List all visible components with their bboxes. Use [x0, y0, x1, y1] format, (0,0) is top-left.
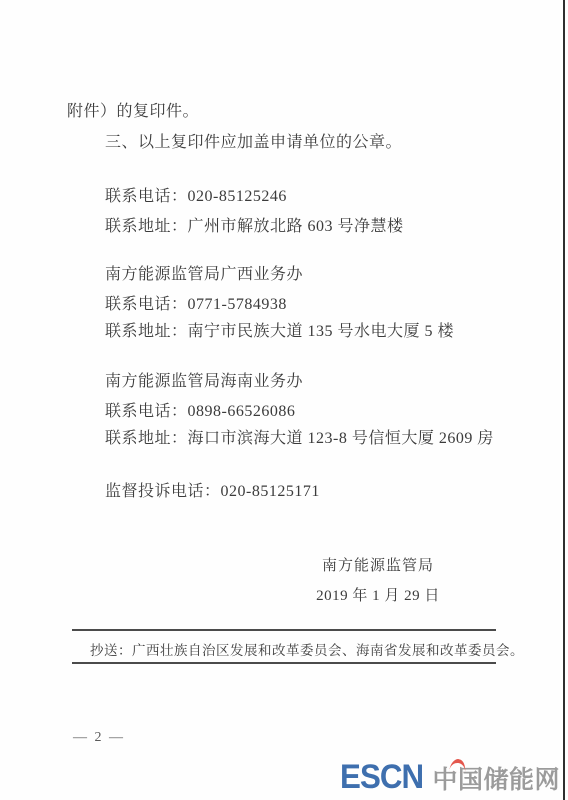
hainan-office-title: 南方能源监管局海南业务办	[105, 373, 303, 391]
paragraph-item3: 三、以上复印件应加盖申请单位的公章。	[105, 134, 402, 152]
cc-rule-top	[72, 629, 496, 631]
complaint-phone: 监督投诉电话：020-85125171	[105, 483, 320, 501]
guangxi-office-title: 南方能源监管局广西业务办	[105, 266, 303, 284]
guangzhou-phone: 联系电话：020-85125246	[105, 188, 287, 206]
scan-edge-line	[563, 0, 565, 800]
hainan-phone: 联系电话：0898-66526086	[105, 403, 295, 421]
paragraph-tail: 附件）的复印件。	[67, 103, 199, 121]
escn-watermark-logo: ESCN 中国储能网	[340, 758, 560, 797]
guangxi-address: 联系地址：南宁市民族大道 135 号水电大厦 5 楼	[105, 323, 454, 341]
signature-signer: 南方能源监管局	[258, 558, 498, 575]
guangzhou-address: 联系地址：广州市解放北路 603 号净慧楼	[105, 218, 404, 236]
signature-date: 2019 年 1 月 29 日	[258, 588, 498, 605]
cc-line: 抄送：广西壮族自治区发展和改革委员会、海南省发展和改革委员会。	[90, 639, 524, 659]
cc-rule-bottom	[72, 662, 496, 664]
document-page: 附件）的复印件。 三、以上复印件应加盖申请单位的公章。 联系电话：020-851…	[0, 0, 568, 800]
page-number: — 2 —	[73, 730, 125, 746]
hainan-address: 联系地址：海口市滨海大道 123-8 号信恒大厦 2609 房	[105, 430, 494, 448]
escn-logo-text: ESCN	[340, 758, 423, 797]
guangxi-phone: 联系电话：0771-5784938	[105, 296, 287, 314]
signature-block: 南方能源监管局 2019 年 1 月 29 日	[258, 558, 498, 604]
